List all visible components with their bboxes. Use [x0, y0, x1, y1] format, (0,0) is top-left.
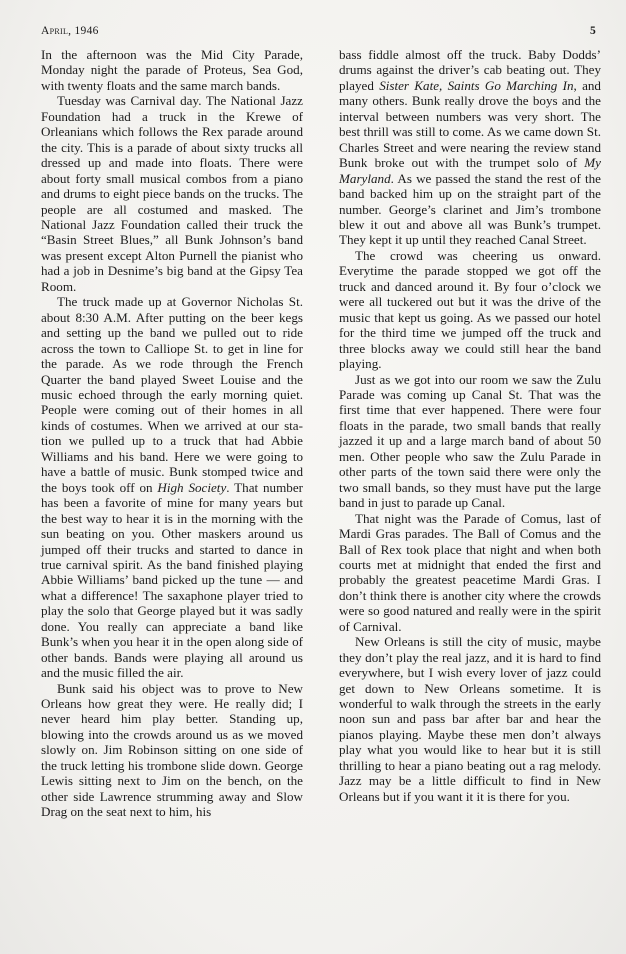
magazine-page: April, 1946 5 In the afternoon was the M… — [0, 0, 626, 954]
paragraph: bass fiddle almost off the truck. Baby D… — [339, 47, 601, 248]
paragraph: Tuesday was Carnival day. The National J… — [41, 93, 303, 294]
right-column: bass fiddle almost off the truck. Baby D… — [339, 47, 601, 820]
paragraph-text: . That number has been a favorite of min… — [41, 480, 303, 680]
running-head: April, 1946 5 — [41, 25, 596, 41]
paragraph: That night was the Parade of Comus, last… — [339, 511, 601, 635]
paragraph: The truck made up at Governor Nicholas S… — [41, 294, 303, 680]
paragraph: In the afternoon was the Mid City Parade… — [41, 47, 303, 93]
left-column: In the afternoon was the Mid City Parade… — [41, 47, 303, 820]
paragraph: Just as we got into our room we saw the … — [339, 372, 601, 511]
paragraph: Bunk said his object was to prove to New… — [41, 681, 303, 820]
article-body: In the afternoon was the Mid City Parade… — [41, 47, 601, 820]
paragraph: New Orleans is still the city of music, … — [339, 634, 601, 804]
issue-date: April, 1946 — [41, 25, 99, 37]
song-title: Sister Kate, Saints Go Marching In — [379, 78, 573, 93]
song-title: High Society — [157, 480, 226, 495]
page-number: 5 — [590, 25, 596, 37]
paragraph: The crowd was cheering us onward. Everyt… — [339, 248, 601, 372]
paragraph-text: The truck made up at Governor Nicholas S… — [41, 294, 303, 494]
